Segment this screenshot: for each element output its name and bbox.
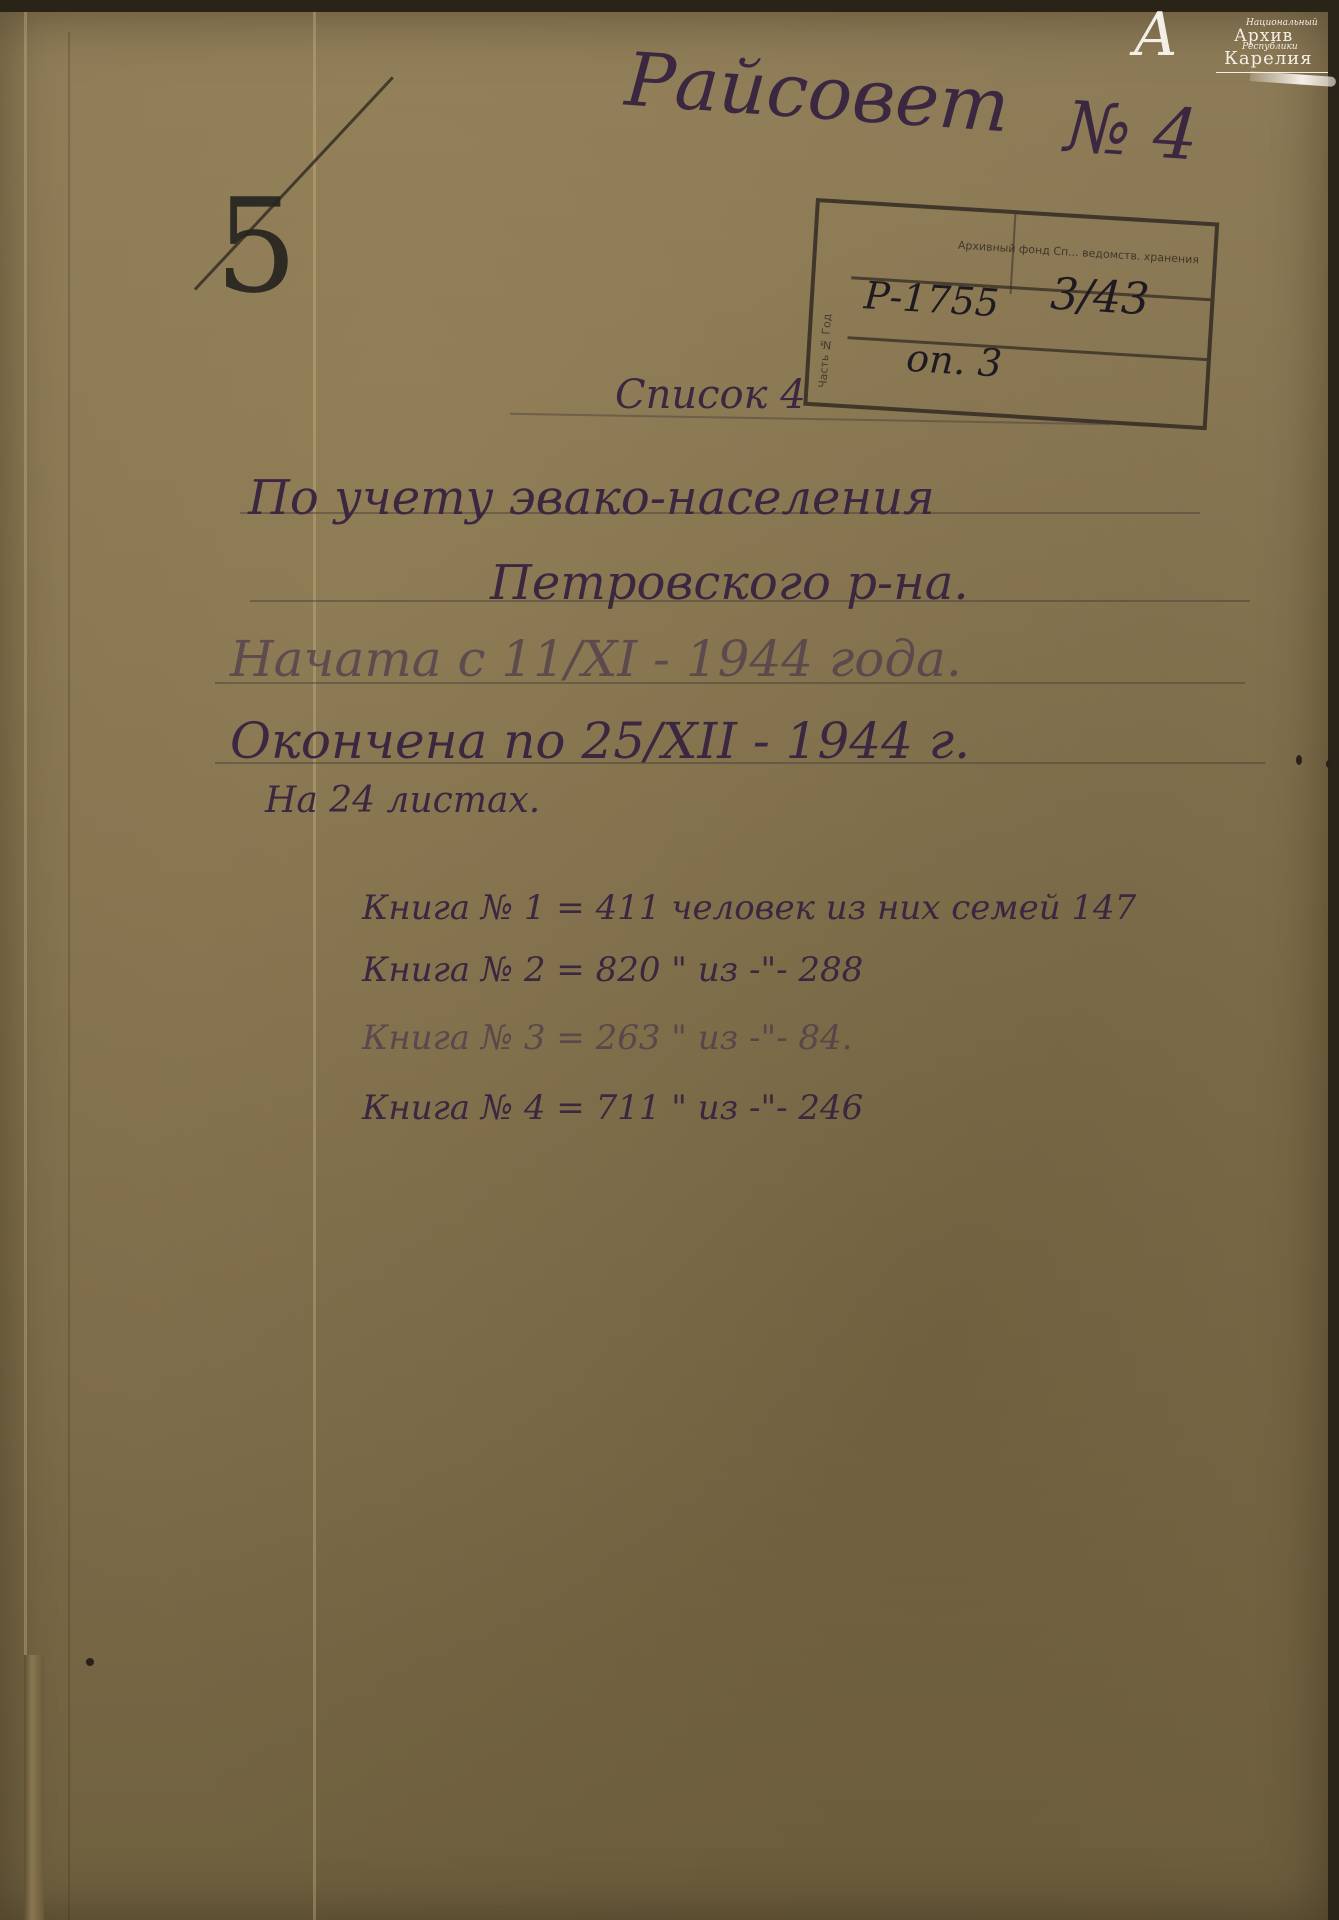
start-date: Начата с 11/XI - 1944 года. — [230, 630, 962, 688]
stamp-fond: Р-1755 — [863, 273, 1001, 325]
ink-spot — [1326, 760, 1332, 768]
title-line1: По учету эвако-населения — [248, 470, 935, 526]
stamp-opis: оп. 3 — [905, 336, 1003, 386]
title-line2: Петровского р-на. — [490, 555, 969, 611]
stamp-vertical-label: Часть № Год — [816, 213, 857, 390]
book-row: Книга № 4 = 711 " из -"- 246 — [362, 1088, 863, 1128]
logo-line4: Карелия — [1224, 48, 1313, 69]
book-row: Книга № 2 = 820 " из -"- 288 — [362, 950, 863, 990]
archive-logo: A Национальный Архив Республики Карелия — [1130, 6, 1335, 86]
paper-fold — [313, 12, 316, 1920]
book-row: Книга № 1 = 411 человек из них семей 147 — [362, 888, 1136, 928]
book-row: Книга № 3 = 263 " из -"- 84. — [362, 1018, 852, 1058]
binding-flap — [24, 1655, 44, 1920]
stamp-delo: 3/43 — [1049, 269, 1151, 326]
paper-fold — [68, 32, 70, 1920]
paper-fold — [24, 12, 27, 1920]
archive-stamp: Часть № Год Архивный фонд Сп... ведомств… — [803, 198, 1219, 430]
quill-icon — [1250, 71, 1336, 87]
list-label: Список 4 — [615, 372, 806, 418]
ink-spot — [86, 1658, 94, 1666]
stamp-rule — [847, 336, 1207, 361]
sheet-count: На 24 листах. — [265, 780, 540, 821]
logo-initial: A — [1134, 0, 1177, 70]
end-date: Окончена по 25/XII - 1944 г. — [230, 712, 970, 770]
stamp-printed-text: Архивный фонд Сп... ведомств. хранения — [957, 239, 1199, 268]
ink-spot — [1296, 755, 1302, 765]
council-number: № 4 — [1062, 85, 1200, 176]
